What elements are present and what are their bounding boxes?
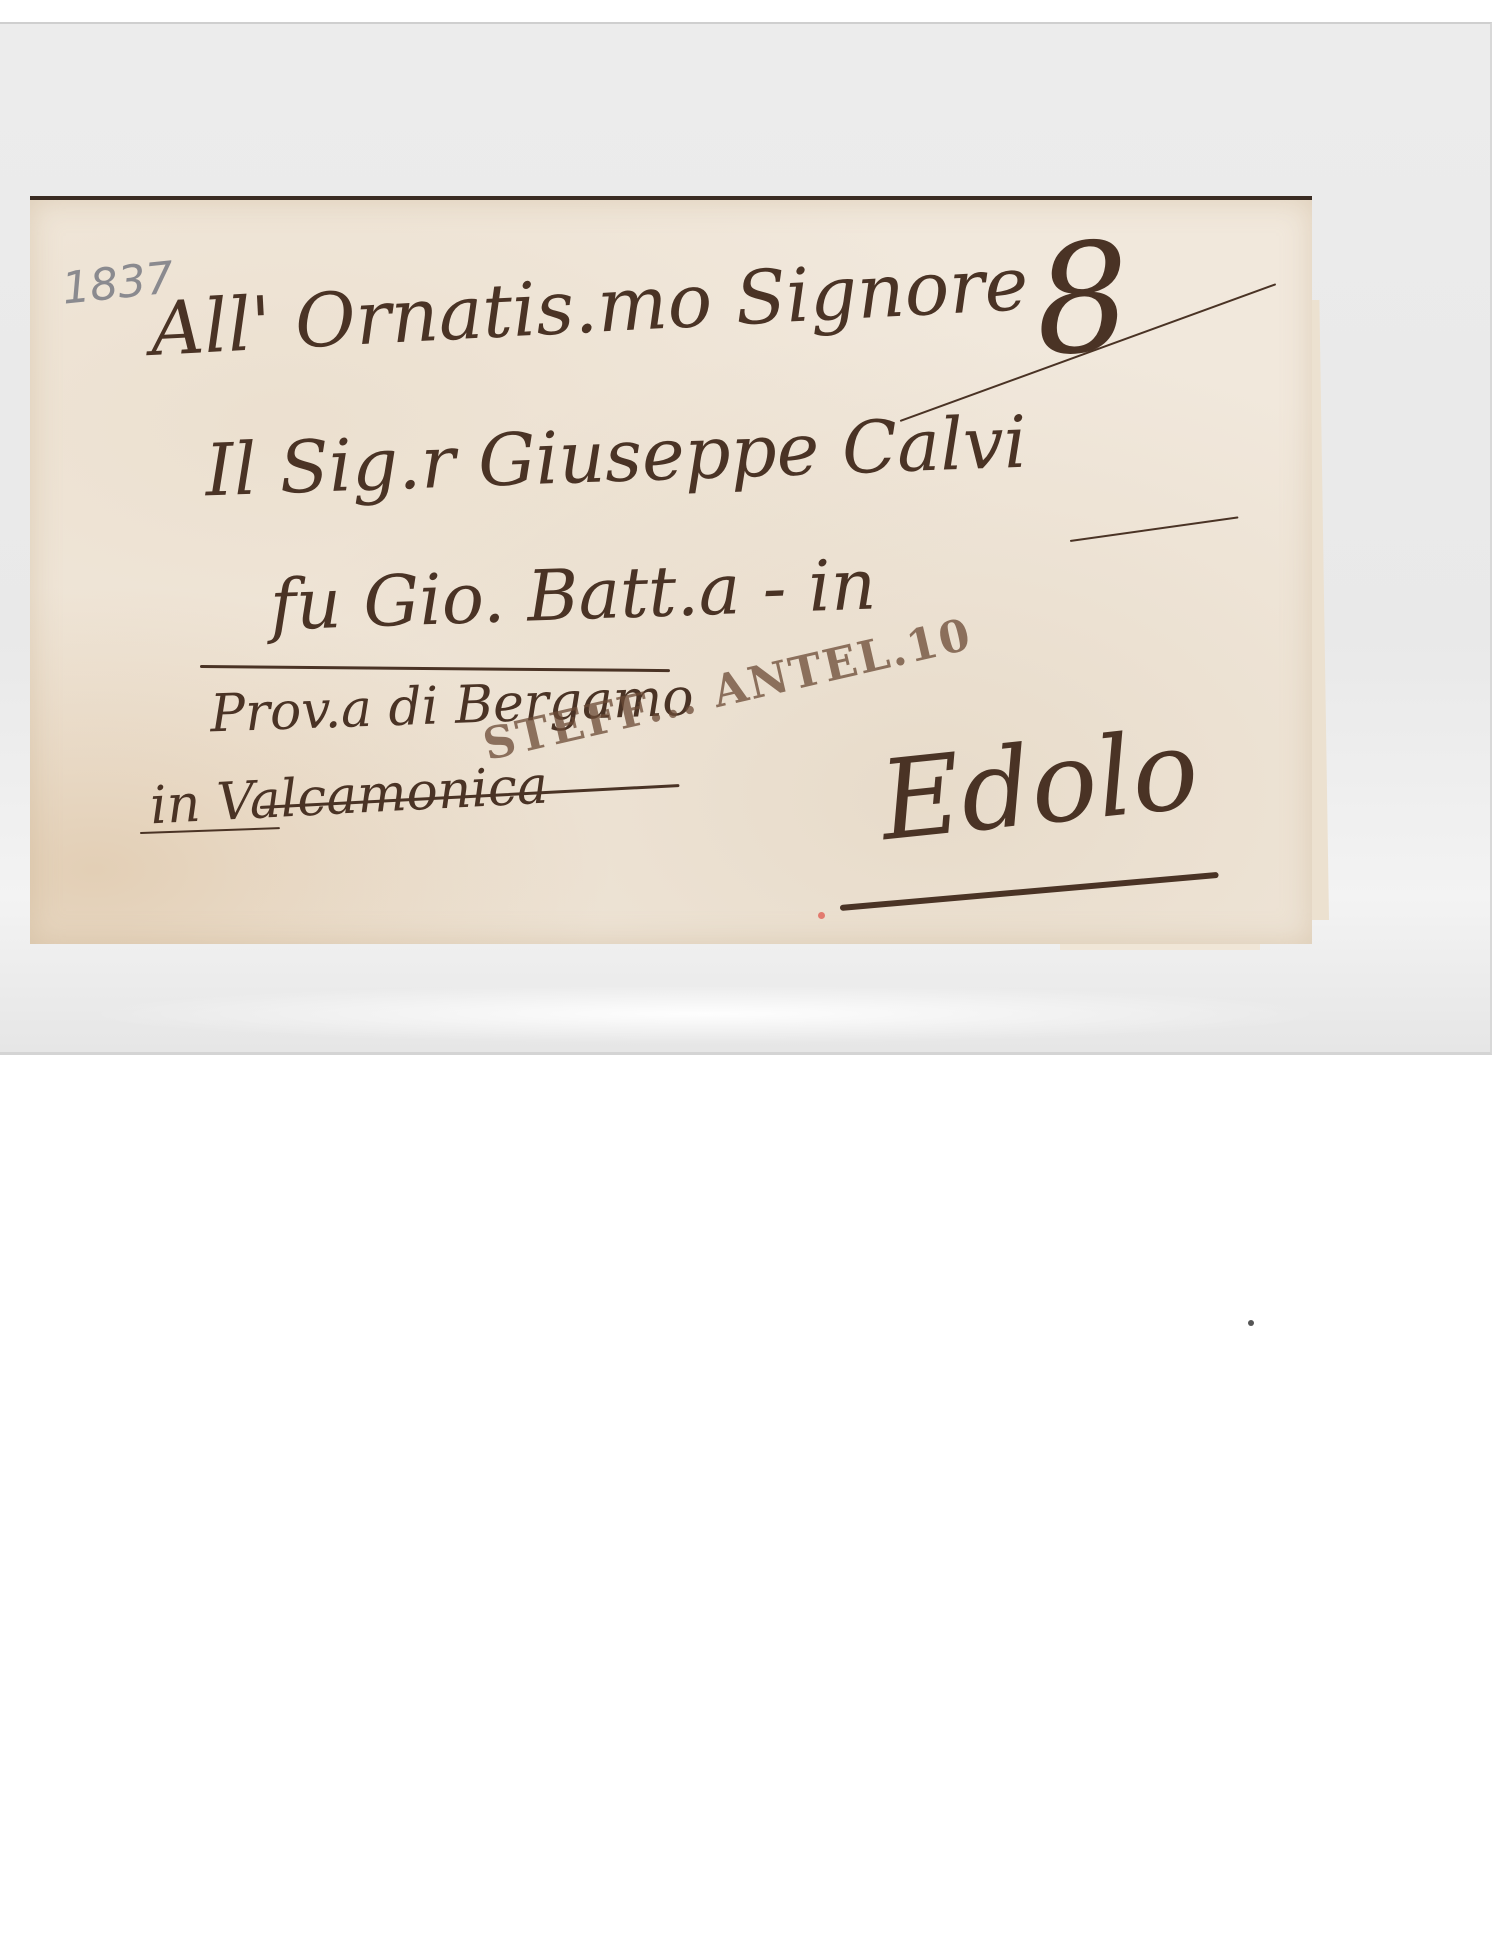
scan-dust-speck [1248, 1320, 1254, 1326]
address-patronymic: fu Gio. Batt.a - in [269, 549, 877, 640]
destination-town: Edolo [875, 714, 1203, 857]
red-ink-mark [818, 912, 825, 919]
sleeve-glare [80, 984, 1330, 1044]
